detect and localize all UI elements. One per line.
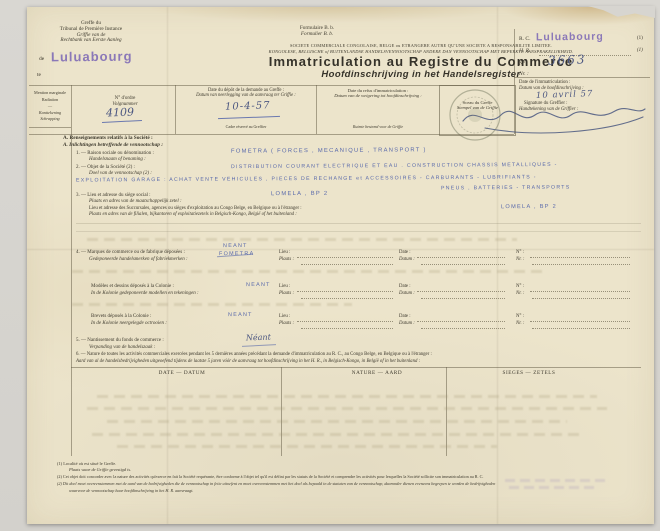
scanner-background: Greffe du Tribunal de Première Instance …: [0, 0, 660, 531]
item4-row1-label-nl: Gedeponeerde handelsmerken of fabriekmer…: [89, 257, 188, 263]
item5-value: Néant: [246, 334, 271, 344]
blank-rule-1: [76, 223, 641, 224]
item4-row1-plaats-line: [301, 263, 393, 265]
item5-underline: [242, 344, 276, 347]
table-divider-2: [446, 367, 447, 456]
deposit-date-value: 10-4-57: [225, 100, 271, 113]
bleed-through-smudge: [92, 433, 582, 436]
item3-label-fr: 3. — Lieu et adresse du siège social :: [76, 193, 151, 199]
item4-row3-datum-line: [421, 327, 505, 329]
rc-note-2: (1): [637, 48, 643, 54]
item4-row2-no-line: [530, 290, 630, 292]
item2-label-nl: Doel van de vennootschap (2) :: [89, 171, 152, 177]
bleed-through-smudge: [97, 395, 597, 398]
refusal-clerk-note: Ruimte bestemd voor de Griffie: [319, 125, 437, 129]
deposit-label-nl: Datum van neerlegging van de aanvraag te…: [177, 93, 315, 98]
item4-row2-date-line: [417, 290, 505, 292]
rc-label: R. C.: [519, 36, 530, 42]
item3-branches-value: LOMELA , BP 2: [501, 204, 557, 211]
footnote-2-nl: (2) Dit doel moet overeenstemmen met de …: [57, 482, 495, 487]
item4-row2-lieu-label: Lieu :: [279, 284, 290, 289]
bleed-through-smudge-purple: [509, 486, 599, 489]
margin-line-1: Mention marginale: [29, 90, 71, 97]
item4-row1-datum-line: [421, 263, 505, 265]
item6-label-fr: 6. — Nature de toutes les activités comm…: [76, 352, 432, 357]
item4-row3-plaats-line: [301, 327, 393, 329]
item4-row2-date-label: Date :: [399, 284, 411, 289]
table-top-line: [71, 367, 641, 368]
item2-value-line1: DISTRIBUTION COURANT ELECTRIQUE ET EAU .…: [231, 163, 558, 171]
item4-row3-date-line: [417, 320, 505, 322]
deposit-refusal-divider: [316, 85, 317, 134]
item2-value-line3: PNEUS , BATTERIES - TRANSPORTS: [441, 186, 571, 193]
item4-row3-lieu-line: [297, 320, 393, 322]
item4-row2-datum-label: Datum :: [399, 291, 415, 296]
hr-label: H. R.: [519, 48, 530, 54]
item1-value: FOMETRA ( FORCES , MECANIQUE , TRANSPORT…: [231, 147, 427, 155]
bleed-through-smudge-purple: [505, 479, 605, 482]
rc-number: 3663: [548, 53, 587, 68]
item4-row1-no-label: N° :: [516, 250, 524, 255]
bleed-through-smudge: [87, 238, 517, 241]
footnote-1-nl: Plaats waar de Griffie gevestigd is.: [69, 468, 131, 473]
rc-note-1: (1): [637, 36, 643, 42]
item5-label-nl: Verpanding van de handelszaak :: [89, 345, 155, 351]
table-divider-1: [281, 367, 282, 456]
rc-no-label: N° :: [519, 61, 528, 67]
item4-row2-label-fr: Modèles et dessins déposés à la Colonie …: [91, 284, 174, 290]
item4-row2-lieu-line: [297, 290, 393, 292]
deposit-date-underline: [218, 116, 280, 119]
item4-row3-no-label: N° :: [516, 314, 524, 319]
item6-label-nl: Aard van al de handelsbedrijvigheden uit…: [76, 359, 420, 364]
item4-row2-nr-label: Nr. :: [516, 291, 525, 296]
item4-row1-date-line: [417, 256, 505, 258]
item4-row1-datum-label: Datum :: [399, 257, 415, 262]
item4-row3-datum-label: Datum :: [399, 321, 415, 326]
court-header: Greffe du Tribunal de Première Instance …: [31, 21, 151, 44]
form-ref-nl: Formulier B. b.: [265, 32, 369, 38]
margin-bottom-line: [29, 127, 71, 128]
item4-row3-nr-line: [532, 327, 630, 329]
item4-row1-plaats-label: Plaats :: [279, 257, 294, 262]
item3-branches-label-nl: Plaats en adres van de filialen, bijkant…: [89, 212, 297, 217]
footnote-2-fr: (2) Cet objet doit concorder avec la nat…: [57, 475, 483, 480]
refusal-label-nl: Datum van de weigering tot hoofdinschrij…: [319, 93, 437, 98]
table-header-date: DATE — DATUM: [117, 371, 247, 377]
item4-row3-value: NEANT: [228, 312, 253, 318]
form-ref: Formulaire B. b. Formulier B. b.: [265, 26, 369, 38]
form-paper: Greffe du Tribunal de Première Instance …: [27, 7, 654, 524]
item2-label-fr: 2. — Objet de la Société (2) :: [76, 165, 135, 171]
item4-row1-lieu-label: Lieu :: [279, 250, 290, 255]
item4-row3-nr-label: Nr. :: [516, 321, 525, 326]
item5-label-fr: 5. — Nantissement du fonds de commerce :: [76, 338, 164, 344]
item4-row2-plaats-line: [301, 297, 393, 299]
table-header-sieges: SIEGES — ZETELS: [464, 371, 594, 377]
item4-row3-lieu-label: Lieu :: [279, 314, 290, 319]
margin-column: Mention marginale Radiation — Kanttekeni…: [29, 90, 71, 123]
refusal-date-box: Date du refus d'immatriculation : Datum …: [319, 88, 437, 98]
item4-row2-nr-line: [532, 297, 630, 299]
blank-rule-2: [76, 231, 641, 232]
item4-row1-nr-label: Nr. :: [516, 257, 525, 262]
item4-row2-datum-line: [421, 297, 505, 299]
item4-row1-lieu-line: [297, 256, 393, 258]
deposit-clerk-note: Cadre réservé au Greffier: [177, 125, 315, 129]
order-number-underline: [102, 120, 142, 123]
item4-row3-no-line: [530, 320, 630, 322]
footnote-2-nl-cont: waarvoor de vennootschap haar hoofdinsch…: [69, 489, 193, 494]
table-header-nature: NATURE — AARD: [312, 371, 442, 377]
item4-row1-value: NEANT: [223, 243, 248, 249]
bleed-through-smudge: [107, 420, 567, 423]
deposit-date-box: Date du dépôt de la demande au Greffe : …: [177, 88, 315, 99]
item4-row1-date-label: Date :: [399, 250, 411, 255]
court-line-nl2: Rechtbank van Eerste Aanleg: [31, 38, 151, 44]
court-te-label: te: [37, 72, 41, 78]
torn-corner: [577, 6, 655, 21]
page-title-fr: Immatriculation au Registre du Commerce: [246, 55, 596, 70]
order-number-value: 4109: [106, 107, 134, 120]
margin-line-4: Schrapping: [29, 116, 71, 123]
court-city-stamp: Luluabourg: [51, 50, 133, 65]
bleed-through-smudge: [87, 407, 607, 410]
item2-value-line2: EXPLOITATION GARAGE : ACHAT VENTE VEHICU…: [76, 175, 537, 184]
registration-date-label-fr: Date de l'immatriculation :: [519, 80, 570, 85]
bleed-through-smudge: [72, 303, 352, 306]
item4-row3-label-fr: Brevets déposés à la Colonie :: [91, 314, 151, 320]
item3-branches-label-fr: Lieu et adresse des Succursales, agences…: [89, 206, 302, 211]
order-deposit-divider: [175, 85, 176, 134]
court-de-label: de: [39, 56, 44, 62]
bleed-through-smudge: [72, 270, 542, 273]
item4-row2-value: NEANT: [246, 282, 271, 288]
item4-row2-plaats-label: Plaats :: [279, 291, 294, 296]
rc-city-stamp: Luluabourg: [536, 32, 604, 44]
item4-row2-label-nl: In de Kolonie gedeponeerde modellen en t…: [91, 291, 199, 297]
rc-section-divider: [514, 77, 650, 78]
item1-label-nl: Handelsnaam of benaming :: [89, 157, 146, 163]
item3-label-nl: Plaats en adres van de maatschappelijk z…: [89, 199, 182, 205]
item4-row1-no-line: [530, 256, 630, 258]
item4-row3-label-nl: In de Kolonie neergelegde octrooien :: [91, 321, 167, 327]
item4-row3-plaats-label: Plaats :: [279, 321, 294, 326]
item4-row1-label-fr: 4. — Marques de commerce ou de fabrique …: [76, 250, 185, 256]
section-a-heading-nl: A. Inlichtingen betreffende de vennootsc…: [63, 143, 163, 149]
bleed-through-smudge: [117, 445, 497, 448]
item4-row1-nr-line: [532, 263, 630, 265]
item4-row2-no-label: N° :: [516, 284, 524, 289]
item3-value: LOMELA , BP 2: [271, 191, 328, 198]
item4-row3-date-label: Date :: [399, 314, 411, 319]
item1-label-fr: 1. — Raison sociale ou dénomination :: [76, 151, 154, 157]
